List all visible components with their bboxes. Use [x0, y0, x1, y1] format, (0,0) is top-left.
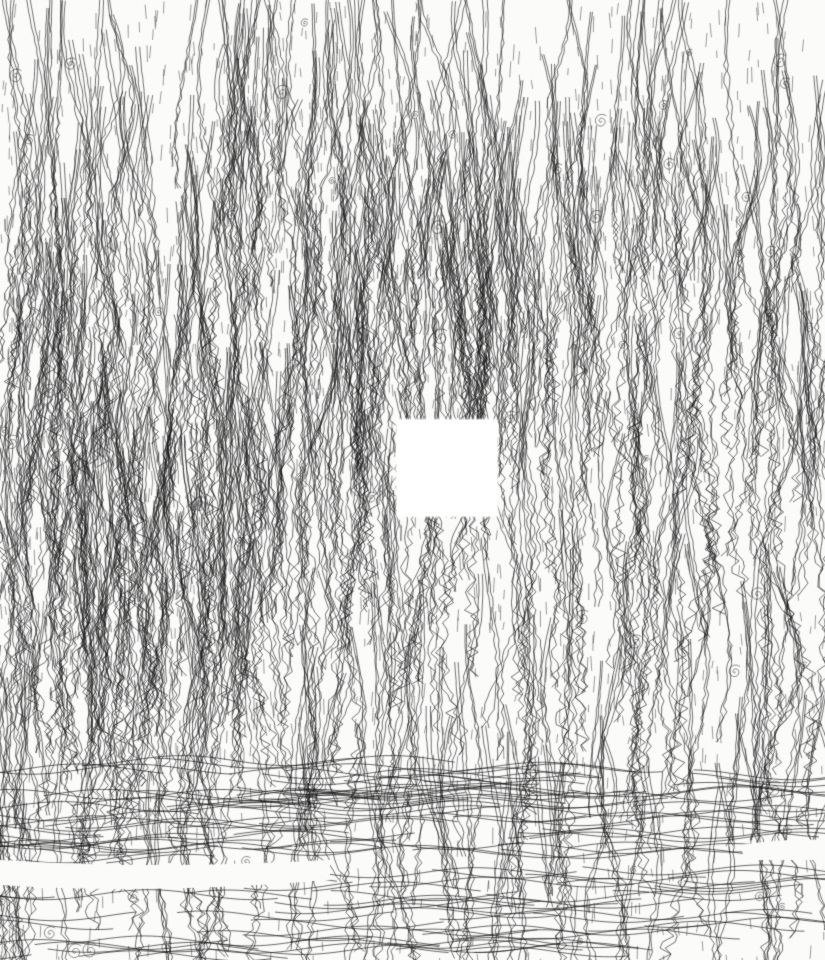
blank-white-square: [397, 420, 497, 516]
